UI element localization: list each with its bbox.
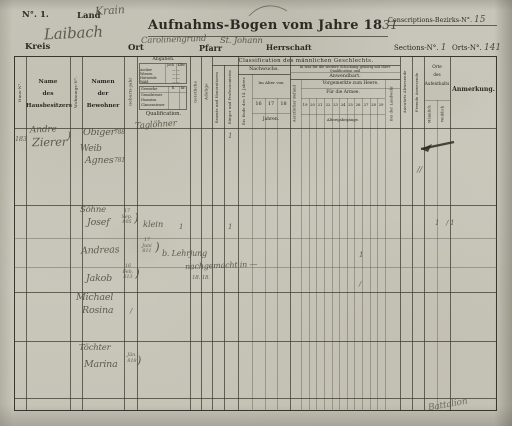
tally-mark: ∕∕ [417, 166, 422, 174]
birthdate-year: 813 [121, 275, 135, 281]
col-header-places-line3: Aufenthalts [424, 80, 450, 88]
gewerbe-row: Grundsteuer [141, 94, 162, 98]
age-cell: 21 [316, 103, 324, 107]
sections-value-handwriting: 1 [441, 43, 447, 53]
daughters-label: Töchter [79, 344, 110, 353]
birthdate-year: 811 [139, 249, 155, 255]
altersjahrgaenge-label: Altersjahrgänge. [301, 118, 385, 122]
son-2-birthdate: 17 Juni 811 [139, 238, 155, 255]
son-3-name: Jakob [86, 274, 112, 284]
abgaben-row: Wald [140, 81, 148, 85]
col-header-owner-line2: des [26, 88, 70, 100]
son-2-note: b. Lehrjung [162, 250, 207, 258]
col-header-residents-line2: der [82, 88, 124, 100]
col-header-remark: Anmerkung. [450, 86, 497, 93]
grid-line [339, 98, 340, 411]
tally-mark: 1 [228, 133, 232, 140]
kreis-label: Kreis [25, 43, 50, 53]
orts-label: Orts-N°. [452, 44, 482, 52]
col-header-owner-line3: Hausbesitzers [26, 100, 70, 112]
col-header-clergy: Geistliche [190, 56, 201, 128]
nachwuchs-year-17: 17 [265, 102, 277, 108]
grid-line [324, 98, 325, 411]
resident-1-name: Obiger [83, 128, 115, 138]
sections-number: Sections-N°. 1 [394, 43, 446, 53]
son-1-name: Josef [87, 218, 110, 228]
conscription-underline [388, 25, 497, 26]
ink-bracket: ) [134, 212, 138, 224]
grid-line [14, 398, 497, 399]
age-cell: 28 [370, 103, 377, 107]
grid-line [14, 238, 497, 239]
ink-bracket: ) [67, 132, 71, 142]
col-header-officials: Beamte und Honoratioren [212, 66, 224, 128]
col-header-absent: Auswärts Abwesende [400, 56, 412, 128]
grid-line [252, 98, 290, 99]
resident-1-year: 788 [114, 130, 125, 136]
age-cell: 22 [324, 103, 332, 107]
resident-3-name: Agnes [85, 156, 114, 166]
age-cell: 20 [309, 103, 316, 107]
tally-mark: ∕ [130, 308, 132, 315]
tally-mark: ∕ [359, 281, 361, 288]
resident-2-name: Weib [80, 145, 102, 154]
grid-line [309, 98, 310, 411]
sections-label: Sections-N°. [394, 44, 438, 52]
grid-line [290, 79, 400, 80]
kreis-value-handwriting: Laibach [44, 24, 104, 42]
nachwuchs-years-suffix: Jahren. [252, 117, 290, 122]
sons-label: Söhne [80, 206, 106, 215]
nachwuchs-year-16: 16 [252, 102, 265, 108]
birthdate-year: 805 [120, 220, 134, 226]
ort-value-handwriting: Carolinengrund [141, 35, 207, 46]
son-1-birthdate: 17 Sep. 805 [120, 209, 134, 226]
nachwuchs-title: Nachwuchs. [238, 67, 290, 73]
owner-name-line2: Zierer [32, 137, 67, 149]
col-header-residents-line3: Bewohner [82, 100, 124, 112]
col-header-landwehr: Bei der Landwehr [385, 79, 400, 128]
col-header-female: Weiblich [437, 100, 450, 128]
conscription-label: Conscriptions-Bezirks-N°. [388, 16, 472, 24]
tally-mark: ∕ 1 [446, 220, 454, 227]
resident-3-year: 781 [114, 158, 125, 164]
anwendbart-label: Anwendbart. [290, 74, 400, 80]
col-header-burghers: Bürger und Professionisten [224, 66, 238, 128]
gewerbe-title: Gewerbe [141, 87, 157, 91]
age-cell: 25 [347, 103, 354, 107]
group-3-name-2: Rosina [82, 306, 113, 316]
ink-bracket: ) [155, 241, 159, 253]
col-header-male: Männlich [424, 100, 437, 128]
grid-line [354, 98, 355, 411]
form-title: Aufnahms-Bogen vom Jahre 1831 [148, 19, 388, 34]
gewerbe-row: Hauszins [141, 99, 156, 103]
col-header-owner: Name des Hausbesitzers [26, 76, 70, 113]
pfarr-value-handwriting: St. Johann [220, 37, 263, 46]
age-cell: 24 [339, 103, 347, 107]
col-header-foreign-present: Fremde Anwesende [412, 56, 424, 128]
son-1-note: klein [143, 221, 163, 230]
herrschaft-label: Herrschaft [266, 44, 312, 53]
ink-bracket: ) [135, 267, 139, 279]
qualification-label: Qualification. [137, 112, 190, 118]
col-header-places-line2: des [424, 71, 450, 79]
grid-line [450, 56, 451, 411]
col-header-places: Orte des Aufenthalts [424, 63, 450, 88]
nachwuchs-under14: Bis Ende des 14. Jahres [238, 74, 252, 128]
sheet-number: N°. 1. [22, 11, 49, 21]
age-cell: 27 [362, 103, 370, 107]
grid-line [370, 98, 371, 411]
gewerbe-row: Classensteuer [141, 104, 165, 108]
col-header-residents-line1: Namen [82, 76, 124, 88]
col-header-medical: Aerztlicher Befund [290, 79, 301, 128]
tally-mark: 1 [228, 224, 232, 231]
house-number-handwriting: 183 [15, 136, 27, 143]
son-3-note-years: 18. 18. [192, 276, 210, 282]
arrow-mark [406, 137, 458, 155]
grid-line [252, 74, 253, 411]
col-header-places-line1: Orte [424, 63, 450, 71]
col-header-residents: Namen der Bewohner [82, 76, 124, 113]
grid-line [301, 114, 385, 115]
age-cell: 23 [332, 103, 339, 107]
age-cell: 19 [301, 103, 309, 107]
grid-line [277, 98, 278, 411]
grid-line [377, 98, 378, 411]
grid-line [316, 98, 317, 411]
gewerbe-kr: kr. [179, 87, 187, 91]
grid-line [14, 341, 497, 342]
grid-line [265, 98, 266, 411]
ink-flourish [246, 1, 290, 19]
son-2-name: Andreas [81, 245, 120, 256]
abgaben-title: Abgaben. [137, 57, 190, 62]
abgaben-dashes: — — [165, 81, 187, 85]
group-3-name-1: Michael [76, 293, 113, 303]
nachwuchs-year-18: 18 [277, 102, 290, 108]
col-header-house-number: Haus-N°. [14, 56, 26, 128]
orts-value-handwriting: 141 [484, 43, 501, 53]
gewerbe-fl: fl. [168, 87, 179, 91]
col-header-dwelling-number: Wohnungs-N°. [70, 56, 82, 128]
age-cell: 29 [377, 103, 385, 107]
conscription-district: Conscriptions-Bezirks-N°. 15 [388, 15, 486, 25]
son-3-birthdate: 16 Feb. 813 [121, 264, 135, 281]
ink-bracket: ) [137, 355, 141, 366]
daughter-1-name: Marina [84, 360, 118, 370]
classification-title: Classification des männlichen Geschlecht… [212, 58, 400, 64]
scanned-form-page: N°. 1. Land Krain Aufnahms-Bogen vom Jah… [0, 0, 512, 426]
grid-line [252, 113, 290, 114]
pfarr-label: Pfarr [199, 44, 222, 53]
tally-mark: 1 [359, 252, 363, 259]
form-title-text: Aufnahms-Bogen vom Jahre 18 [148, 18, 382, 33]
col-header-owner-line1: Name [26, 76, 70, 88]
col-header-birth-year: Geburts-Jahr [124, 56, 137, 128]
orts-number: Orts-N°. 141 [452, 43, 501, 53]
land-value-handwriting: Krain [95, 4, 125, 17]
conscription-value-handwriting: 15 [474, 15, 485, 25]
grid-line [332, 98, 333, 411]
grid-line [301, 98, 385, 99]
col-header-nobility: Adelige [201, 56, 212, 128]
nachwuchs-age-label: Im Alter von [252, 80, 290, 86]
age-cell: 26 [354, 103, 362, 107]
tally-mark: 1 [435, 220, 439, 227]
tally-mark: 1 [179, 224, 183, 231]
armee-label: Für die Armee. [301, 90, 385, 95]
grid-line [347, 98, 348, 411]
